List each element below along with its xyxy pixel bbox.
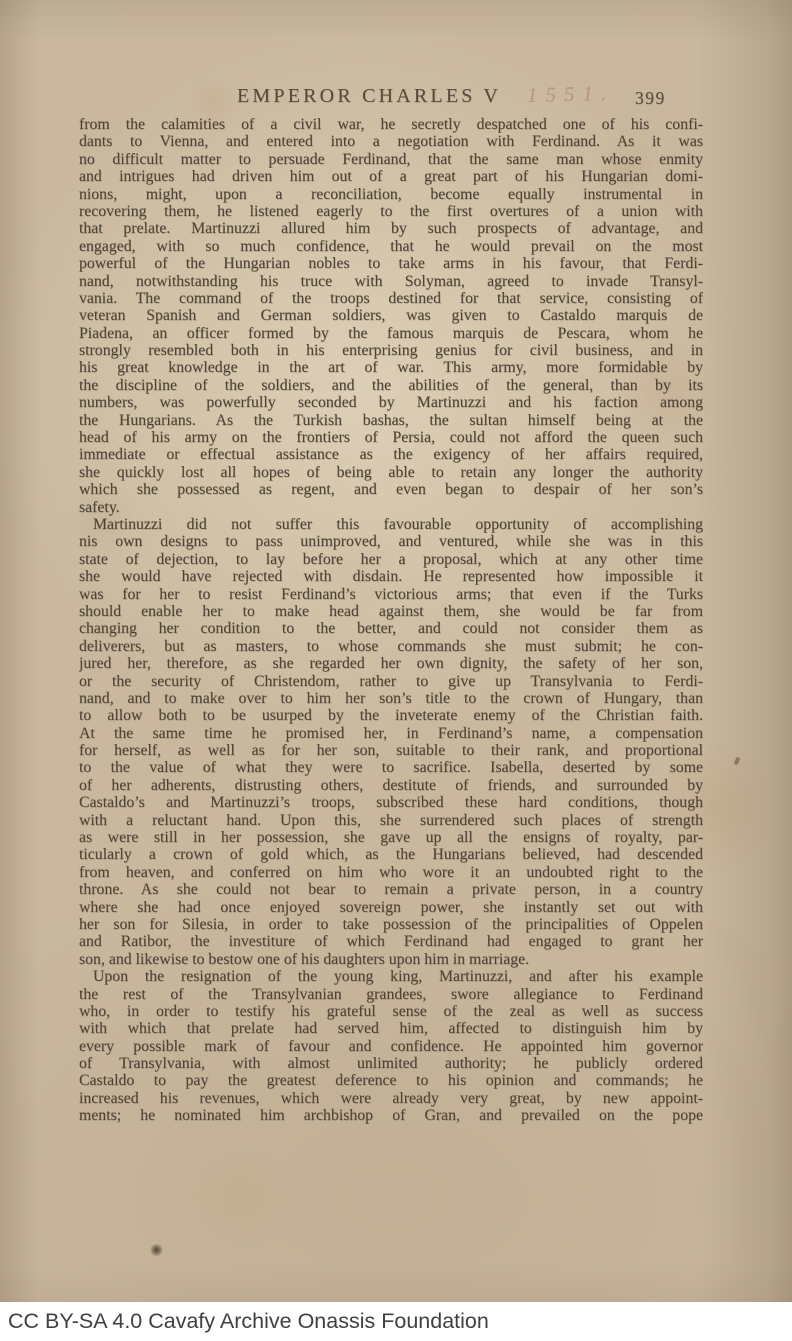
text-line: ments; he nominated him archbishop of Gr… xyxy=(79,1107,703,1124)
text-line: she quickly lost all hopes of being able… xyxy=(79,464,703,481)
text-line: increased his revenues, which were alrea… xyxy=(79,1090,703,1107)
paragraph: Martinuzzi did not suffer this favourabl… xyxy=(79,516,703,968)
text-line: numbers, was powerfully seconded by Mart… xyxy=(79,394,703,411)
text-line: the Hungarians. As the Turkish bashas, t… xyxy=(79,412,703,429)
text-line: jured her, therefore, as she regarded he… xyxy=(79,655,703,672)
ink-speck xyxy=(150,1244,163,1256)
text-line: was for her to resist Ferdinand’s victor… xyxy=(79,586,703,603)
license-bar: CC BY-SA 4.0 Cavafy Archive Onassis Foun… xyxy=(0,1302,792,1341)
text-line: from heaven, and conferred on him who wo… xyxy=(79,864,703,881)
page-number: 399 xyxy=(635,88,666,109)
text-line: dants to Vienna, and entered into a nego… xyxy=(79,133,703,150)
text-line: powerful of the Hungarian nobles to take… xyxy=(79,255,703,272)
text-line: from the calamities of a civil war, he s… xyxy=(79,116,703,133)
text-line: nions, might, upon a reconciliation, bec… xyxy=(79,186,703,203)
text-line: nand, notwithstanding his truce with Sol… xyxy=(79,273,703,290)
text-line: the discipline of the soldiers, and the … xyxy=(79,377,703,394)
text-line: At the same time he promised her, in Fer… xyxy=(79,725,703,742)
text-line: son, and likewise to bestow one of his d… xyxy=(79,951,703,968)
text-line: Castaldo to pay the greatest deference t… xyxy=(79,1072,703,1089)
margin-mark xyxy=(734,757,741,766)
text-line: to allow both to be usurped by the invet… xyxy=(79,707,703,724)
text-line: her son for Silesia, in order to take po… xyxy=(79,916,703,933)
text-line: with a reluctant hand. Upon this, she su… xyxy=(79,812,703,829)
text-line: no difficult matter to persuade Ferdinan… xyxy=(79,151,703,168)
text-line: for herself, as well as for her son, sui… xyxy=(79,742,703,759)
text-line: strongly resembled both in his enterpris… xyxy=(79,342,703,359)
page-body-text: from the calamities of a civil war, he s… xyxy=(79,116,703,1125)
text-line: ticularly a crown of gold which, as the … xyxy=(79,846,703,863)
text-line: where she had once enjoyed sovereign pow… xyxy=(79,899,703,916)
text-line: Castaldo’s and Martinuzzi’s troops, subs… xyxy=(79,794,703,811)
text-line: immediate or effectual assistance as the… xyxy=(79,446,703,463)
text-line: head of his army on the frontiers of Per… xyxy=(79,429,703,446)
text-line: Martinuzzi did not suffer this favourabl… xyxy=(79,516,703,533)
text-line: and intrigues had driven him out of a gr… xyxy=(79,168,703,185)
text-line: safety. xyxy=(79,499,703,516)
text-line: who, in order to testify his grateful se… xyxy=(79,1003,703,1020)
text-line: every possible mark of favour and confid… xyxy=(79,1038,703,1055)
book-page-scan: EMPEROR CHARLES V 1551. 399 from the cal… xyxy=(0,0,792,1302)
text-line: that prelate. Martinuzzi allured him by … xyxy=(79,220,703,237)
paragraph: Upon the resignation of the young king, … xyxy=(79,968,703,1125)
text-line: changing her condition to the better, an… xyxy=(79,620,703,637)
text-line: the rest of the Transylvanian grandees, … xyxy=(79,986,703,1003)
text-line: to the value of what they were to sacrif… xyxy=(79,759,703,776)
running-title: EMPEROR CHARLES V xyxy=(237,85,501,108)
text-line: or the security of Christendom, rather t… xyxy=(79,673,703,690)
text-line: and Ratibor, the investiture of which Fe… xyxy=(79,933,703,950)
text-line: engaged, with so much confidence, that h… xyxy=(79,238,703,255)
text-line: which she possessed as regent, and even … xyxy=(79,481,703,498)
text-line: she would have rejected with disdain. He… xyxy=(79,568,703,585)
handwritten-year-note: 1551. xyxy=(527,81,615,108)
text-line: Upon the resignation of the young king, … xyxy=(79,968,703,985)
text-line: state of dejection, to lay before her a … xyxy=(79,551,703,568)
text-line: his great knowledge in the art of war. T… xyxy=(79,359,703,376)
text-line: deliverers, but as masters, to whose com… xyxy=(79,638,703,655)
text-line: nis own designs to pass unimproved, and … xyxy=(79,533,703,550)
text-line: recovering them, he listened eagerly to … xyxy=(79,203,703,220)
text-line: should enable her to make head against t… xyxy=(79,603,703,620)
text-line: nand, and to make over to him her son’s … xyxy=(79,690,703,707)
text-line: vania. The command of the troops destine… xyxy=(79,290,703,307)
text-line: of Transylvania, with almost unlimited a… xyxy=(79,1055,703,1072)
text-line: of her adherents, distrusting others, de… xyxy=(79,777,703,794)
license-attribution: CC BY-SA 4.0 Cavafy Archive Onassis Foun… xyxy=(0,1309,489,1334)
text-line: veteran Spanish and German soldiers, was… xyxy=(79,307,703,324)
text-line: as were still in her possession, she gav… xyxy=(79,829,703,846)
paragraph: from the calamities of a civil war, he s… xyxy=(79,116,703,516)
text-line: Piadena, an officer formed by the famous… xyxy=(79,325,703,342)
text-line: with which that prelate had served him, … xyxy=(79,1020,703,1037)
text-line: throne. As she could not bear to remain … xyxy=(79,881,703,898)
